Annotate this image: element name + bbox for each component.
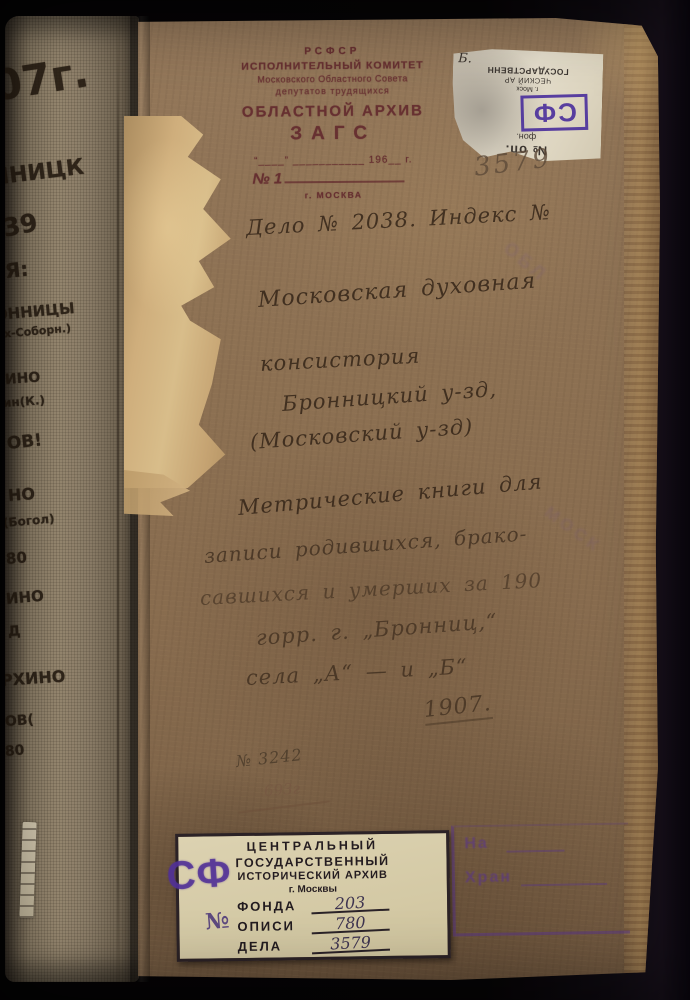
spine-text-fragment: Я: xyxy=(5,257,30,283)
spine-text-fragment: НО xyxy=(7,484,35,505)
registry-stamp: РСФСР ИСПОЛНИТЕЛЬНЫЙ КОМИТЕТ Московского… xyxy=(217,45,448,201)
registry-stamp-committee: ИСПОЛНИТЕЛЬНЫЙ КОМИТЕТ xyxy=(217,59,447,73)
archive-label-row-delo: ДЕЛА 3579 xyxy=(238,934,390,954)
storage-stamp-line2: Хран xyxy=(465,868,512,887)
cover-worn-edge xyxy=(624,18,660,980)
spine-text-fragment: Д xyxy=(8,623,21,640)
archive-label-delo-value: 3579 xyxy=(311,934,390,954)
spine-text-fragment: 07г. xyxy=(5,47,92,110)
sf-stamp: СФ xyxy=(165,850,233,899)
spine-fold-line xyxy=(117,16,119,982)
registry-stamp-number: № 1 xyxy=(252,169,448,188)
registry-stamp-number-text: № 1 xyxy=(252,170,282,187)
book-cover-photo: 07г. ННИЦК 39 Я: ОННИЦЫ (х-Соборн.) ИНО … xyxy=(0,0,690,1000)
sf-stamp: СФ xyxy=(520,94,588,132)
corner-label-city: г. Моск xyxy=(516,85,538,93)
registry-stamp-council: Московского Областного Совета xyxy=(218,73,448,85)
storage-stamp: На Хран xyxy=(451,822,630,936)
spine-text-fragment: ОВ( xyxy=(5,712,34,730)
spine-text-fragment: ин(К.) xyxy=(5,393,45,410)
archive-label-row-fond: ФОНДА 203 xyxy=(237,894,389,914)
spine-text-fragment: ОВ! xyxy=(6,430,43,454)
archive-label-opis-value: 780 xyxy=(311,914,390,934)
archive-label-rows: ФОНДА 203 ОПИСИ 780 ДЕЛА 3579 xyxy=(237,894,390,956)
corner-label-handwritten-note: Б. xyxy=(458,51,472,66)
pencil-note-year: 693г xyxy=(263,779,300,799)
corner-label-archive-part: ЧЕСКИЙ АР xyxy=(504,75,551,85)
archive-label: ЦЕНТРАЛЬНЫЙ ГОСУДАРСТВЕННЫЙ ИСТОРИЧЕСКИЙ… xyxy=(175,830,451,962)
registry-stamp-country: РСФСР xyxy=(217,45,447,58)
storage-stamp-line1: На xyxy=(464,835,489,853)
registry-stamp-city: г. МОСКВА xyxy=(219,189,449,201)
archive-label-delo-label: ДЕЛА xyxy=(238,938,312,954)
spine-text-fragment: (Богол) xyxy=(5,512,55,530)
registry-stamp-zags: ЗАГС xyxy=(218,122,448,146)
archive-label-fond-value: 203 xyxy=(311,894,390,914)
archive-label-row-opis: ОПИСИ 780 xyxy=(237,914,389,934)
spine-text-fragment: (х-Соборн.) xyxy=(5,322,72,341)
registry-stamp-number-line xyxy=(284,180,404,183)
archive-label-opis-label: ОПИСИ xyxy=(237,918,311,934)
storage-stamp-blank-line xyxy=(521,883,607,887)
spine-text-fragment: 39 xyxy=(5,208,40,243)
spine-text-fragment: ИНО xyxy=(5,587,44,608)
spine-sticker xyxy=(19,822,36,918)
spine-text-fragment: РХИНО xyxy=(5,667,66,690)
archive-label-no-symbol: № xyxy=(204,907,230,935)
corner-label-fond: фон. xyxy=(516,132,536,143)
registry-stamp-archive: ОБЛАСТНОЙ АРХИВ xyxy=(218,102,448,121)
corner-label-state-part: ГОСУДАРСТВЕНН xyxy=(487,65,569,77)
spine-text-fragment: 80 xyxy=(5,742,25,760)
spine-text-fragment: ИНО xyxy=(5,370,41,388)
registry-stamp-deputies: депутатов трудящихся xyxy=(218,85,448,97)
spine-text-fragment: ОННИЦЫ xyxy=(5,299,75,324)
registry-stamp-date-line: “____” ___________ 196__ г. xyxy=(218,154,448,167)
book-spine: 07г. ННИЦК 39 Я: ОННИЦЫ (х-Соборн.) ИНО … xyxy=(5,16,139,982)
spine-text-fragment: 80 xyxy=(5,548,27,568)
archive-label-fond-label: ФОНДА xyxy=(237,898,311,914)
storage-stamp-blank-line xyxy=(506,850,564,853)
spine-text-fragment: ННИЦК xyxy=(5,155,85,191)
